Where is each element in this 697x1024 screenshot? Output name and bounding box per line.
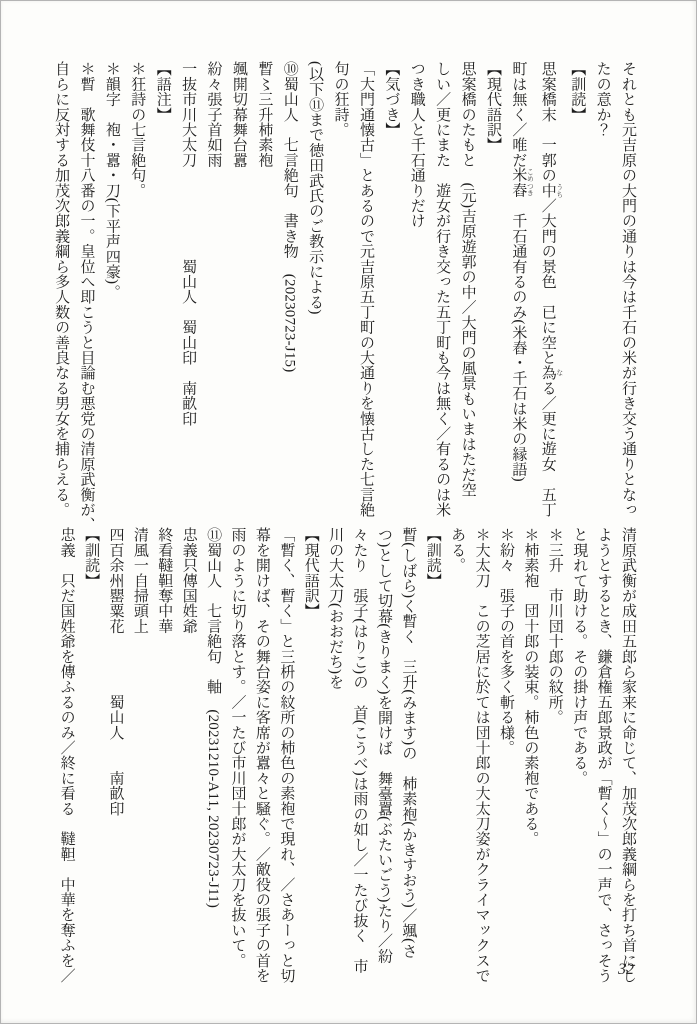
text-column: ＊暫 歌舞伎十八番の一。皇位へ即こうと目論む悪党の清原武衡が、	[73, 61, 98, 527]
text-column: 【現代語訳】	[480, 61, 505, 527]
text-column: 雨のように切り落とす。／一たび市川団十郎が大太刀を抜いて。	[225, 527, 249, 993]
text-column: つ)として切幕(きりまく)を開けば 舞臺囂(ぶたいごう)たり／紛	[372, 527, 396, 993]
text-column: 颯開切幕舞台囂	[226, 61, 251, 527]
text-column: ＊柿素袍 団十郎の装束。柿色の素袍である。	[518, 527, 542, 993]
text-column: 町は無く／唯だ米舂こめつき 千石通有るのみ(米舂・千石は米の縁語)	[505, 61, 534, 527]
text-column: 清原武衡が成田五郎ら家来に命じて、加茂次郎義綱らを打ち首にし	[616, 527, 640, 993]
text-column: 四百余州罌粟花 蜀山人 南畝印	[103, 527, 127, 993]
text-column: ＊狂詩の七言絶句。	[124, 61, 149, 527]
text-column: 【現代語訳】	[298, 527, 322, 993]
text-column: 【訓読】	[420, 527, 444, 993]
text-column: ようとするとき、鎌倉権五郎景政が「暫く～」の一声で、さっそう	[591, 527, 615, 993]
text-column: 暫〻三升柿素袍	[251, 61, 276, 527]
text-column: 思案橋末 一郭の中うち／大門の景色 已に空と為なる／更に遊女 五丁	[534, 61, 563, 527]
text-column: 句の狂詩。	[327, 61, 352, 527]
text-column: ＊韻字 袍・囂・刀(下平声四豪)。	[98, 61, 123, 527]
page-number: 32	[618, 961, 634, 979]
text-column: 々たり 張子(はりこ)の 首(こうべ)は雨の如し／一たび抜く 市	[347, 527, 371, 993]
text-column: 一抜市川大太刀 蜀山人 蜀山印 南畝印	[175, 61, 200, 527]
text-column: ＊紛々 張子の首を多く斬る様。	[494, 527, 518, 993]
page-content: それとも元吉原の大門の通りは今は千石の米が行き交う通りとなったの意か？【訓読】思…	[52, 61, 640, 993]
text-column: 紛々張子首如雨	[200, 61, 225, 527]
text-column: 終看韃靼奪中華	[152, 527, 176, 993]
text-column: 【訓読】	[79, 527, 103, 993]
document-page: それとも元吉原の大門の通りは今は千石の米が行き交う通りとなったの意か？【訓読】思…	[0, 0, 697, 1024]
text-column: 忠義只傳国姓爺	[176, 527, 200, 993]
text-column: ＊大太刀 この芝居に於ては団十郎の大太刀姿がクライマックスで	[469, 527, 493, 993]
text-column: 【気づき】	[378, 61, 403, 527]
text-column: ⑩蜀山人 七言絶句 書き物 (20230723-J15)	[276, 61, 301, 527]
text-column: 思案橋のたもと (元)吉原遊郭の中／大門の風景もいまはただ空	[454, 61, 479, 527]
text-column: ⑪蜀山人 七言絶句 軸 (20231210-A11, 20230723-J11)	[201, 527, 225, 993]
text-column: ある。	[445, 527, 469, 993]
text-column: (以下⑪まで徳田武氏のご教示による)	[302, 61, 327, 527]
text-column: 幕を開けば、その舞台姿に客席が囂々と騒ぐ。／敵役の張子の首を	[250, 527, 274, 993]
bottom-text-block: 清原武衡が成田五郎ら家来に命じて、加茂次郎義綱らを打ち首にしようとするとき、鎌倉…	[52, 527, 640, 993]
text-column: 自らに反対する加茂次郎義綱ら多人数の善良なる男女を捕らえる。	[48, 61, 73, 527]
top-text-block: それとも元吉原の大門の通りは今は千石の米が行き交う通りとなったの意か？【訓読】思…	[52, 61, 640, 527]
text-column: 川の大太刀(おおだち)を	[323, 527, 347, 993]
text-column: 「大門通懐古」とあるので元吉原五丁町の大通りを懐古した七言絶	[353, 61, 378, 527]
text-column: 【訓読】	[564, 61, 589, 527]
text-column: たの意か？	[589, 61, 614, 527]
text-column: 清風一自掃頭上	[127, 527, 151, 993]
text-column: と現れて助ける。その掛け声である。	[567, 527, 591, 993]
text-column: しい／更にまた 遊女が行き交った五丁町も今は無く／有るのは米	[429, 61, 454, 527]
text-column: 【語注】	[149, 61, 174, 527]
text-column: つき職人と千石通りだけ	[403, 61, 428, 527]
text-column: ＊三升 市川団十郎の紋所。	[542, 527, 566, 993]
text-column: 「暫く、暫く」と三枡の紋所の柿色の素袍で現れ、／さあーっと切	[274, 527, 298, 993]
text-column: 暫(しばら)く暫く 三升(みます)の 柿素袍(かきすおう)／颯(さ	[396, 527, 420, 993]
text-column: それとも元吉原の大門の通りは今は千石の米が行き交う通りとなっ	[615, 61, 640, 527]
text-column: 忠義 只だ国姓爺を傳ふるのみ／終に看る 韃靼 中華を奪ふを／	[54, 527, 78, 993]
